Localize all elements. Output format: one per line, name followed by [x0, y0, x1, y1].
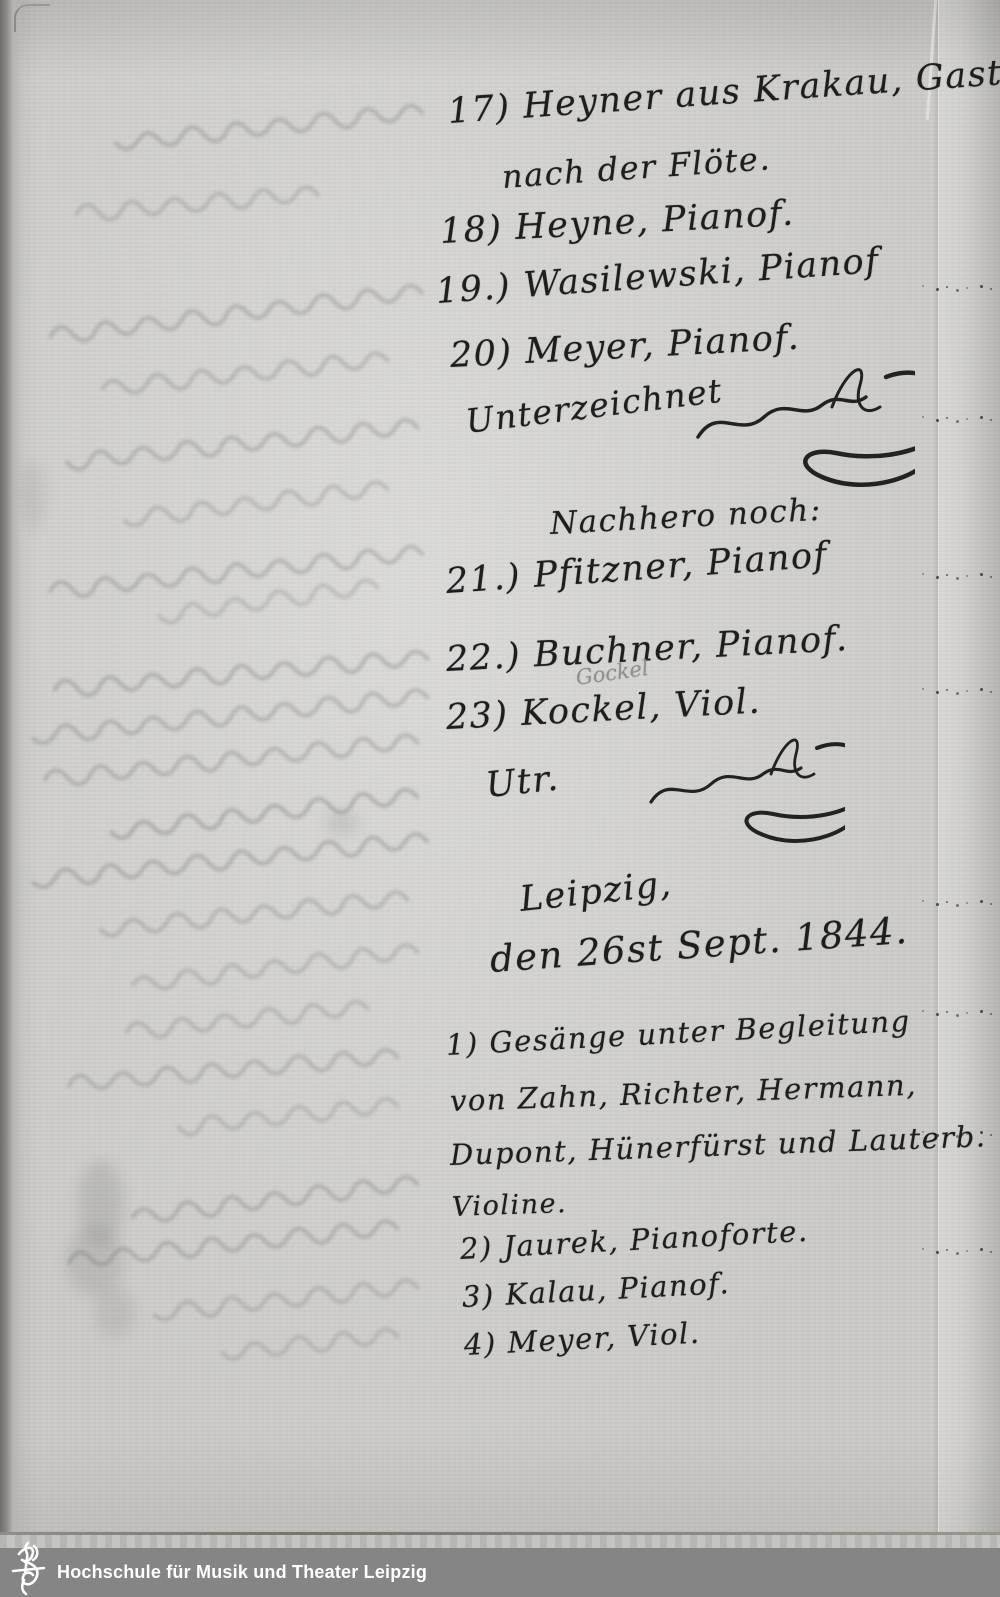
abbreviation-utr: Utr.: [484, 758, 561, 805]
stitch-dot: [936, 903, 939, 906]
stitch-dot: [966, 575, 968, 577]
stitch-dot: [922, 416, 924, 418]
ink-smudge: [66, 1226, 124, 1296]
page-fold-strip: [938, 0, 1000, 1534]
stitch-dot: [966, 690, 968, 692]
stitch-dot: [966, 1250, 968, 1252]
stitch-dot: [980, 1248, 983, 1251]
stitch-dot: [946, 689, 948, 691]
hmt-leipzig-logo: [8, 1540, 52, 1596]
page-binding-edge: [0, 0, 22, 1597]
stitch-dot: [946, 1132, 948, 1134]
stitch-dot: [990, 419, 992, 421]
stitch-dot: [980, 285, 983, 288]
stitch-dot: [936, 419, 939, 422]
stitch-dot: [956, 577, 959, 580]
ink-smudge: [95, 1288, 135, 1338]
stitch-dot: [980, 688, 983, 691]
stitch-dot: [946, 1011, 948, 1013]
stitch-dot: [966, 418, 968, 420]
stitch-dot: [922, 1131, 924, 1133]
stitch-dot: [922, 1010, 924, 1012]
stitch-dot: [990, 1251, 992, 1253]
stitch-dot: [990, 288, 992, 290]
stitch-dot: [936, 1134, 939, 1137]
stitch-dot: [922, 1248, 924, 1250]
stitch-dot: [990, 691, 992, 693]
stitch-dot: [980, 573, 983, 576]
stitch-dot: [990, 903, 992, 905]
stitch-dot: [936, 691, 939, 694]
stitch-dot: [922, 688, 924, 690]
stitch-dot: [956, 1014, 959, 1017]
stitch-dot: [922, 573, 924, 575]
stitch-dot: [956, 289, 959, 292]
stitch-dot: [966, 1012, 968, 1014]
stitch-dot: [936, 1013, 939, 1016]
corner-curl: [14, 4, 50, 32]
stitch-dot: [966, 902, 968, 904]
stitch-dot: [946, 574, 948, 576]
stitch-dot: [946, 901, 948, 903]
stitch-dot: [922, 285, 924, 287]
stitch-dot: [956, 1252, 959, 1255]
stitch-dot: [936, 1251, 939, 1254]
stitch-dot: [936, 288, 939, 291]
stitch-dot: [922, 900, 924, 902]
stitch-dot: [956, 692, 959, 695]
stitch-dot: [956, 1135, 959, 1138]
stitch-dot: [946, 1249, 948, 1251]
ink-smudge: [325, 812, 359, 834]
stitch-dot: [980, 900, 983, 903]
scanned-manuscript-page: 17) Heyner aus Krakau, Gast nach der Flö…: [0, 0, 1000, 1597]
stitch-dot: [980, 1010, 983, 1013]
institution-title: Hochschule für Musik und Theater Leipzig: [57, 1562, 427, 1583]
stitch-dot: [946, 417, 948, 419]
stitch-dot: [980, 416, 983, 419]
stitch-dot: [966, 1133, 968, 1135]
stitch-dot: [980, 1131, 983, 1134]
entry-1-continued-c: Violine.: [451, 1188, 567, 1223]
ink-smudge: [20, 460, 46, 530]
scan-bed-strip: [0, 1535, 1000, 1548]
stitch-dot: [946, 286, 948, 288]
stitch-dot: [990, 1013, 992, 1015]
stitch-dot: [956, 420, 959, 423]
stitch-dot: [990, 576, 992, 578]
signature-flourish-2: [645, 728, 845, 873]
stitch-dot: [936, 576, 939, 579]
stitch-dot: [990, 1134, 992, 1136]
stitch-dot: [956, 904, 959, 907]
stitch-dot: [966, 287, 968, 289]
